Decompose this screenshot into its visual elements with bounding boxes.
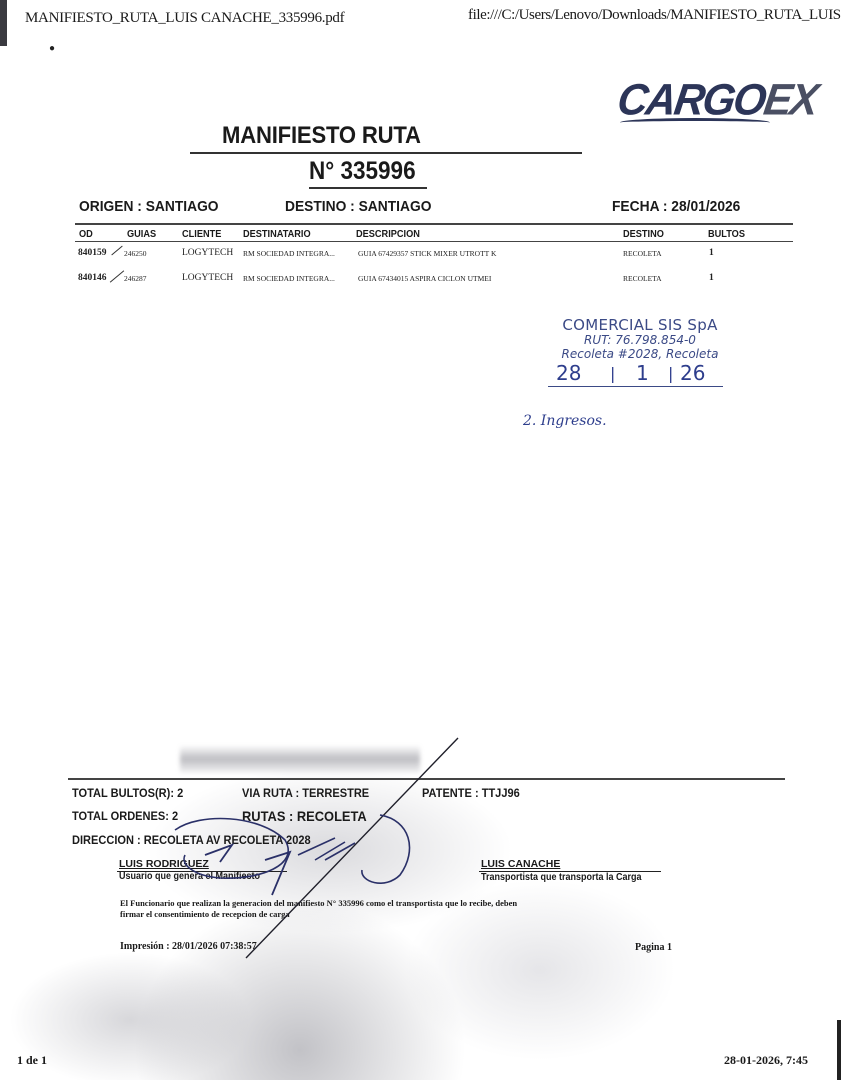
receipt-stamp: COMERCIAL SIS SpA RUT: 76.798.854-0 Reco… — [545, 316, 735, 361]
stamp-date: 28 | 1 | 26 — [548, 360, 723, 387]
carrier-name: LUIS CANACHE — [481, 858, 560, 870]
origen-field: ORIGEN : SANTIAGO — [79, 198, 219, 215]
signature-stroke-7 — [265, 852, 290, 895]
logo-text-cargo: CARGO — [615, 75, 768, 124]
generator-name: LUIS RODRIGUEZ — [119, 858, 209, 870]
print-header-title: MANIFIESTO_RUTA_LUIS CANACHE_335996.pdf — [25, 10, 344, 27]
generator-role: Usuario que genera el Manifiesto — [119, 871, 260, 882]
handwritten-note: 2. Ingresos. — [523, 413, 607, 429]
destino-field: DESTINO : SANTIAGO — [285, 198, 431, 215]
column-destino: DESTINO — [623, 229, 664, 240]
consent-notice: El Funcionario que realizan la generacio… — [120, 898, 530, 920]
cell-od: 840159 — [78, 248, 107, 258]
stamp-address: Recoleta #2028, Recoleta — [545, 347, 735, 361]
scan-edge-left — [0, 0, 7, 46]
stamp-date-month: 1 — [636, 361, 649, 385]
stamp-company: COMERCIAL SIS SpA — [545, 316, 735, 334]
cell-destinatario: RM SOCIEDAD INTEGRA... — [243, 274, 335, 283]
column-od: OD — [79, 229, 93, 240]
cell-descripcion: GUIA 67429357 STICK MIXER UTROTT K — [358, 249, 496, 258]
check-mark-icon — [110, 270, 124, 282]
stamp-date-year: 26 — [680, 361, 705, 385]
cell-destino: RECOLETA — [623, 249, 662, 258]
total-ordenes: TOTAL ORDENES: 2 — [72, 809, 178, 823]
table-header-rule — [75, 241, 793, 242]
direccion: DIRECCION : RECOLETA AV RECOLETA 2028 — [72, 833, 311, 847]
cell-bultos: 1 — [709, 273, 714, 283]
column-destinatario: DESTINATARIO — [243, 229, 311, 240]
column-bultos: BULTOS — [708, 229, 745, 240]
carrier-role: Transportista que transporta la Carga — [481, 872, 642, 883]
cell-od: 840146 — [78, 273, 107, 283]
print-page-count: 1 de 1 — [17, 1053, 47, 1068]
print-header-url: file:///C:/Users/Lenovo/Downloads/MANIFI… — [468, 7, 841, 24]
cell-bultos: 1 — [709, 248, 714, 258]
impresion-timestamp: Impresión : 28/01/2026 07:38:57 — [120, 941, 257, 952]
footer-top-rule — [68, 778, 785, 780]
fecha-field: FECHA : 28/01/2026 — [612, 198, 740, 215]
check-mark-icon — [111, 246, 122, 256]
title-underline — [190, 152, 582, 154]
manifest-number: N° 335996 — [309, 157, 416, 186]
patente: PATENTE : TTJJ96 — [422, 786, 520, 800]
cargoex-logo: CARGOEX — [618, 78, 793, 126]
cell-guias: 246250 — [124, 249, 147, 258]
stamp-rut: RUT: 76.798.854-0 — [545, 334, 735, 347]
total-bultos: TOTAL BULTOS(R): 2 — [72, 786, 183, 800]
cell-destino: RECOLETA — [623, 274, 662, 283]
column-descripcion: DESCRIPCION — [356, 229, 420, 240]
signature-loop-right — [362, 815, 410, 883]
page-label: Pagina 1 — [635, 942, 672, 953]
cell-destinatario: RM SOCIEDAD INTEGRA... — [243, 249, 335, 258]
via-ruta: VIA RUTA : TERRESTRE — [242, 786, 369, 800]
cell-cliente: LOGYTECH — [182, 273, 233, 283]
rutas: RUTAS : RECOLETA — [242, 808, 367, 824]
table-top-rule — [75, 223, 793, 225]
signature-stroke-4 — [205, 845, 232, 862]
cell-descripcion: GUIA 67434015 ASPIRA CICLON UTMEI — [358, 274, 491, 283]
ink-mark-icon: ● — [49, 43, 55, 54]
number-underline — [309, 187, 427, 189]
print-datetime: 28-01-2026, 7:45 — [724, 1053, 808, 1068]
cell-cliente: LOGYTECH — [182, 248, 233, 258]
document-title: MANIFIESTO RUTA — [222, 122, 421, 150]
logo-text-ex: EX — [761, 75, 820, 124]
scan-shadow-band — [180, 745, 420, 773]
cell-guias: 246287 — [124, 274, 147, 283]
stamp-date-day: 28 — [556, 361, 581, 385]
logo-swoosh — [620, 118, 770, 127]
column-cliente: CLIENTE — [182, 229, 221, 240]
scan-edge-right — [837, 1020, 841, 1080]
column-guias: GUIAS — [127, 229, 156, 240]
